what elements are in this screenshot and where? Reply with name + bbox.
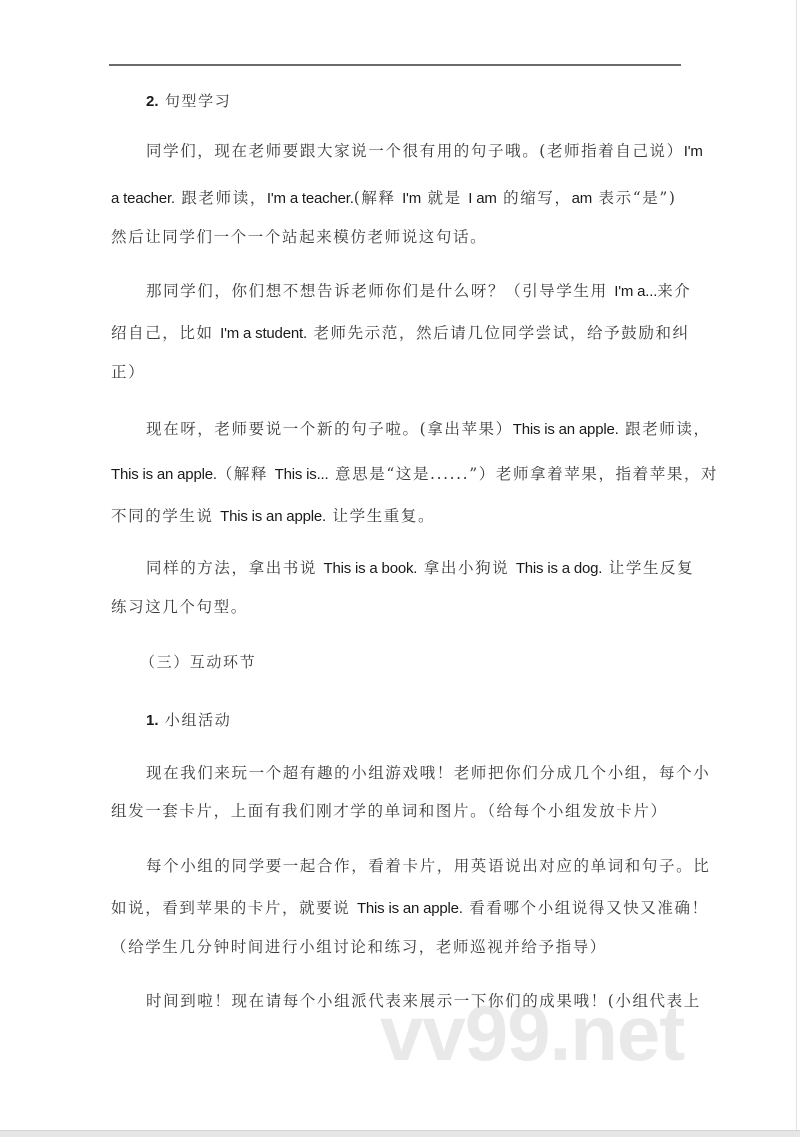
paragraph-line: This is an apple.（解释 This is... 意思是“这是..… [111, 463, 681, 486]
header-rule [109, 64, 681, 66]
subsection-heading-group-activity: 1. 小组活动 [146, 709, 231, 732]
paragraph-line: 正） [111, 361, 681, 383]
paragraph-line: 不同的学生说 This is an apple. 让学生重复。 [111, 505, 681, 528]
paragraph-line: 时间到啦！现在请每个小组派代表来展示一下你们的成果哦！(小组代表上 [146, 990, 681, 1012]
section-heading-sentence-learning: 2. 句型学习 [146, 90, 231, 113]
paragraph-line: 然后让同学们一个一个站起来模仿老师说这句话。 [111, 226, 681, 248]
paragraph-line: 如说，看到苹果的卡片，就要说 This is an apple. 看看哪个小组说… [111, 897, 681, 920]
paragraph-line: a teacher. 跟老师读，I'm a teacher.(解释 I'm 就是… [111, 187, 681, 210]
page-bottom-edge [0, 1130, 800, 1137]
section-heading-interaction: （三）互动环节 [140, 651, 256, 673]
paragraph-line: 每个小组的同学要一起合作，看着卡片，用英语说出对应的单词和句子。比 [146, 855, 681, 877]
document-page: 2. 句型学习 同学们，现在老师要跟大家说一个很有用的句子哦。(老师指着自己说）… [0, 0, 797, 1130]
paragraph-line: 那同学们，你们想不想告诉老师你们是什么呀？（引导学生用 I'm a...来介 [146, 280, 681, 303]
paragraph-line: 现在我们来玩一个超有趣的小组游戏哦！老师把你们分成几个小组，每个小 [146, 762, 681, 784]
paragraph-line: 组发一套卡片，上面有我们刚才学的单词和图片。（给每个小组发放卡片） [111, 800, 681, 822]
paragraph-line: 同学们，现在老师要跟大家说一个很有用的句子哦。(老师指着自己说）I'm [146, 140, 681, 163]
paragraph-line: （给学生几分钟时间进行小组讨论和练习，老师巡视并给予指导） [111, 936, 681, 958]
paragraph-line: 练习这几个句型。 [111, 596, 681, 618]
paragraph-line: 现在呀，老师要说一个新的句子啦。(拿出苹果）This is an apple. … [146, 418, 681, 441]
paragraph-line: 绍自己，比如 I'm a student. 老师先示范，然后请几位同学尝试，给予… [111, 322, 681, 345]
paragraph-line: 同样的方法，拿出书说 This is a book. 拿出小狗说 This is… [146, 557, 681, 580]
